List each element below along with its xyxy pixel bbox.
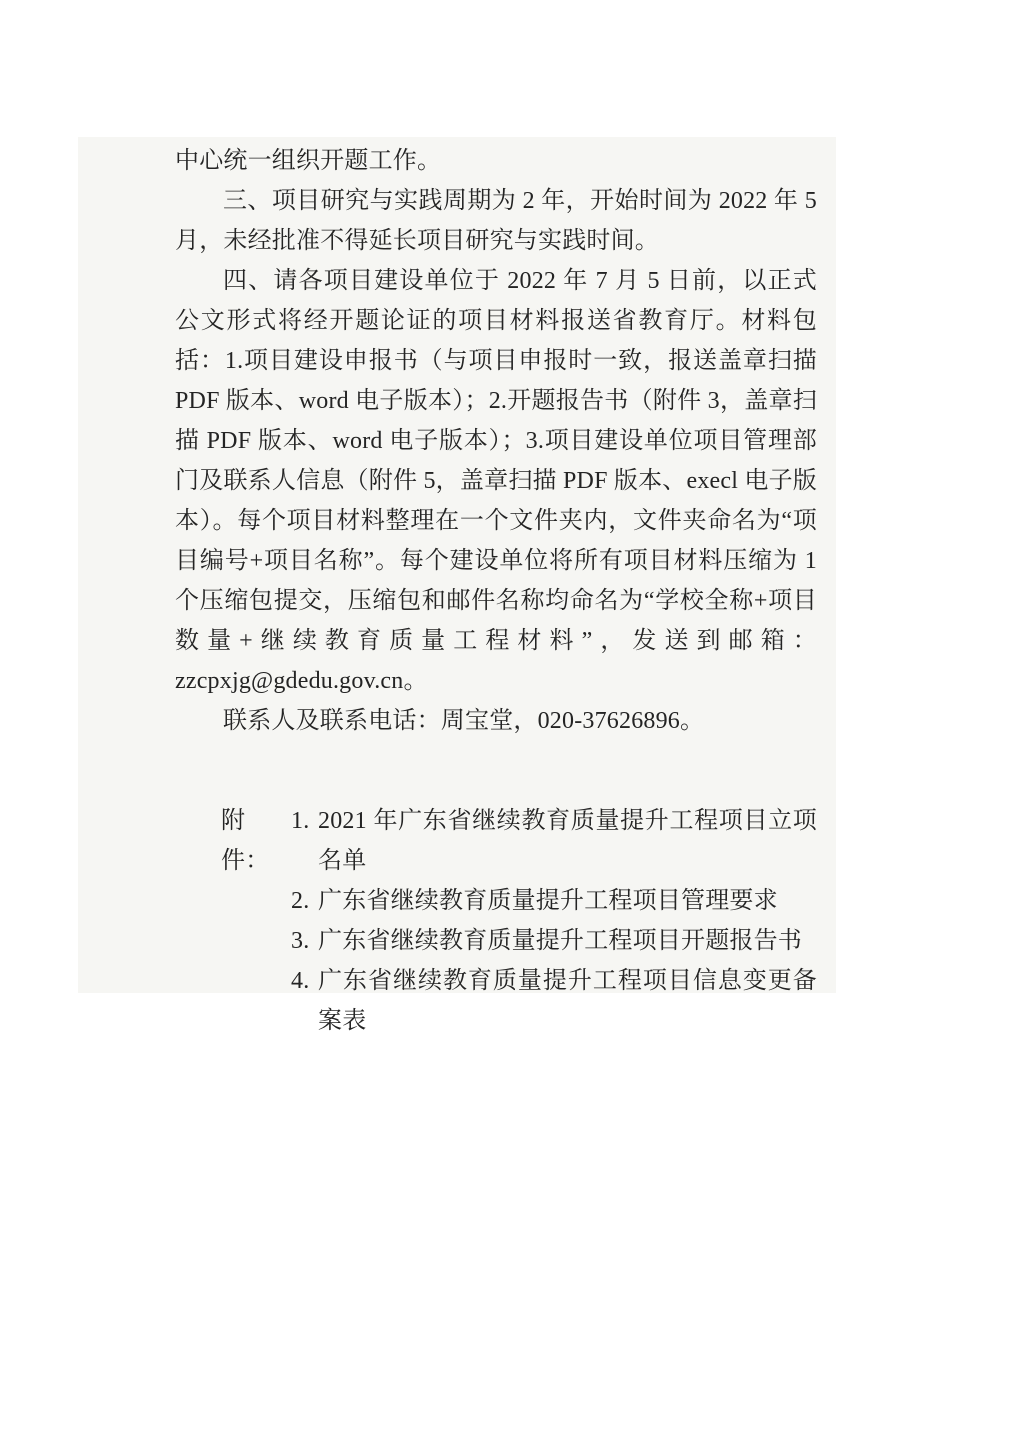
scan-region: 中心统一组织开题工作。 三、项目研究与实践周期为 2 年，开始时间为 2022 … [78,137,836,993]
attachment-number: 3. [291,921,318,961]
attachment-number: 1. [291,801,318,841]
paragraph-item-four: 四、请各项目建设单位于 2022 年 7 月 5 日前，以正式公文形式将经开题论… [175,261,817,701]
attachments-list: 附件： 1. 2021 年广东省继续教育质量提升工程项目立项名单 2. 广东省继… [221,801,817,1041]
attachments-label: 附件： [221,801,291,881]
attachment-item: 3. 广东省继续教育质量提升工程项目开题报告书 [221,921,817,961]
attachment-number: 4. [291,961,318,1001]
attachment-title: 广东省继续教育质量提升工程项目管理要求 [318,881,817,921]
document-body: 中心统一组织开题工作。 三、项目研究与实践周期为 2 年，开始时间为 2022 … [175,141,817,1041]
paragraph-contact-info: 联系人及联系电话：周宝堂，020-37626896。 [175,701,817,741]
attachment-title: 广东省继续教育质量提升工程项目信息变更备案表 [318,961,817,1041]
attachment-number: 2. [291,881,318,921]
attachment-item: 4. 广东省继续教育质量提升工程项目信息变更备案表 [221,961,817,1041]
attachment-item: 附件： 1. 2021 年广东省继续教育质量提升工程项目立项名单 [221,801,817,881]
paragraph-continuation: 中心统一组织开题工作。 [175,141,817,181]
paragraph-item-three: 三、项目研究与实践周期为 2 年，开始时间为 2022 年 5 月，未经批准不得… [175,181,817,261]
attachment-title: 广东省继续教育质量提升工程项目开题报告书 [318,921,817,961]
document-page: 中心统一组织开题工作。 三、项目研究与实践周期为 2 年，开始时间为 2022 … [0,0,1024,1448]
attachment-title: 2021 年广东省继续教育质量提升工程项目立项名单 [318,801,817,881]
attachment-item: 2. 广东省继续教育质量提升工程项目管理要求 [221,881,817,921]
